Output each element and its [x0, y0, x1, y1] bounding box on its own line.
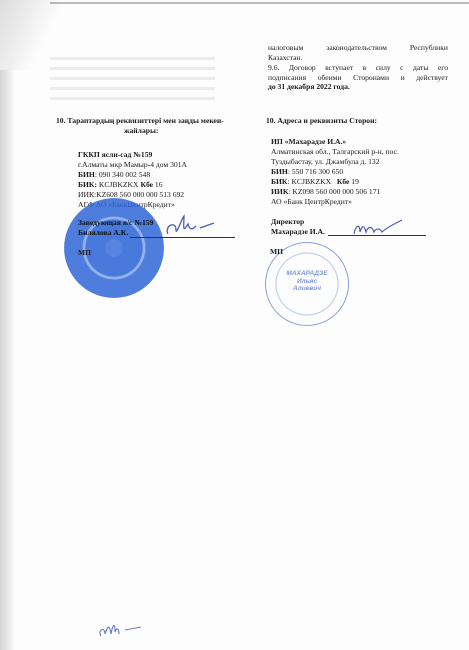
scan-edge-shadow	[0, 0, 14, 650]
right-address-2: Туздыбастау, ул. Джамбула д. 132	[271, 157, 380, 167]
right-bin: БИН: 550 716 300 650	[271, 167, 343, 177]
left-heading-cont: жайлары:	[124, 126, 158, 136]
scan-top-edge	[50, 2, 469, 4]
right-iik: ИИК: KZ098 560 000 000 506 171	[271, 187, 380, 197]
left-party-name: ГККП ясли-сад №159	[78, 150, 152, 160]
left-signer-title: Заведующая я/с №159	[78, 218, 153, 228]
left-signature	[162, 212, 222, 240]
kazakhstan-line: Казахстан.	[268, 53, 302, 63]
left-bik: БИК: KCJBKZKX Кбе 16	[78, 180, 163, 190]
bleed-through-text	[50, 50, 215, 107]
clause-9-6: 9.6. Договор вступает в силу с даты его …	[268, 63, 448, 92]
right-party-name: ИП «Махарадзе И.А.»	[271, 137, 346, 147]
right-mp: МП	[270, 247, 283, 257]
left-address: г.Алматы мкр Мамыр-4 дом 301А	[78, 160, 187, 170]
left-bin: БИН: 090 340 002 548	[78, 170, 150, 180]
right-signer-title: Директор	[271, 217, 304, 227]
right-bik: БИК: KCJBKZKX Кбе 19	[271, 177, 359, 187]
tax-law-line: налоговым законодательством Республики	[268, 43, 448, 53]
left-heading: 10. Тараптардың реквизиттері мен заңды м…	[56, 116, 224, 126]
left-iik: ИИК:KZ608 560 000 000 513 692	[78, 190, 184, 200]
left-signer-name: Билялова А.К.	[78, 228, 128, 238]
left-mp: МП	[78, 248, 91, 258]
right-signature	[350, 218, 410, 240]
right-bank: АО «Банк ЦентрКредит»	[271, 197, 352, 207]
right-heading: 10. Адреса и реквизиты Сторон:	[266, 116, 377, 126]
right-signer-name: Махарадзе И.А.	[271, 227, 325, 237]
bottom-initials-signature	[95, 618, 155, 640]
right-address-1: Алматинская обл., Талгарский р-н, пос.	[271, 147, 399, 157]
